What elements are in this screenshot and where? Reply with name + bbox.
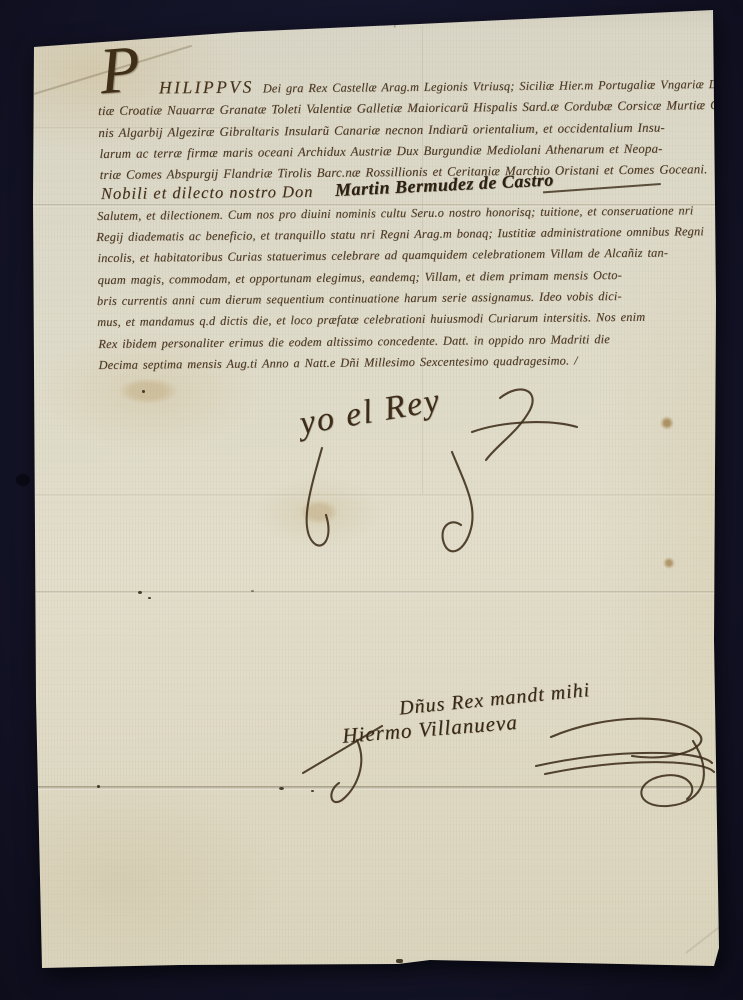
paper-edge-shading [0, 0, 743, 1000]
photograph-of-royal-letter: + P HILIPPVSDei gra Rex Castellæ Arag.m … [0, 0, 743, 1000]
paper-shadow: + P HILIPPVSDei gra Rex Castellæ Arag.m … [0, 0, 743, 1000]
manuscript-paper: + P HILIPPVSDei gra Rex Castellæ Arag.m … [0, 0, 743, 1000]
